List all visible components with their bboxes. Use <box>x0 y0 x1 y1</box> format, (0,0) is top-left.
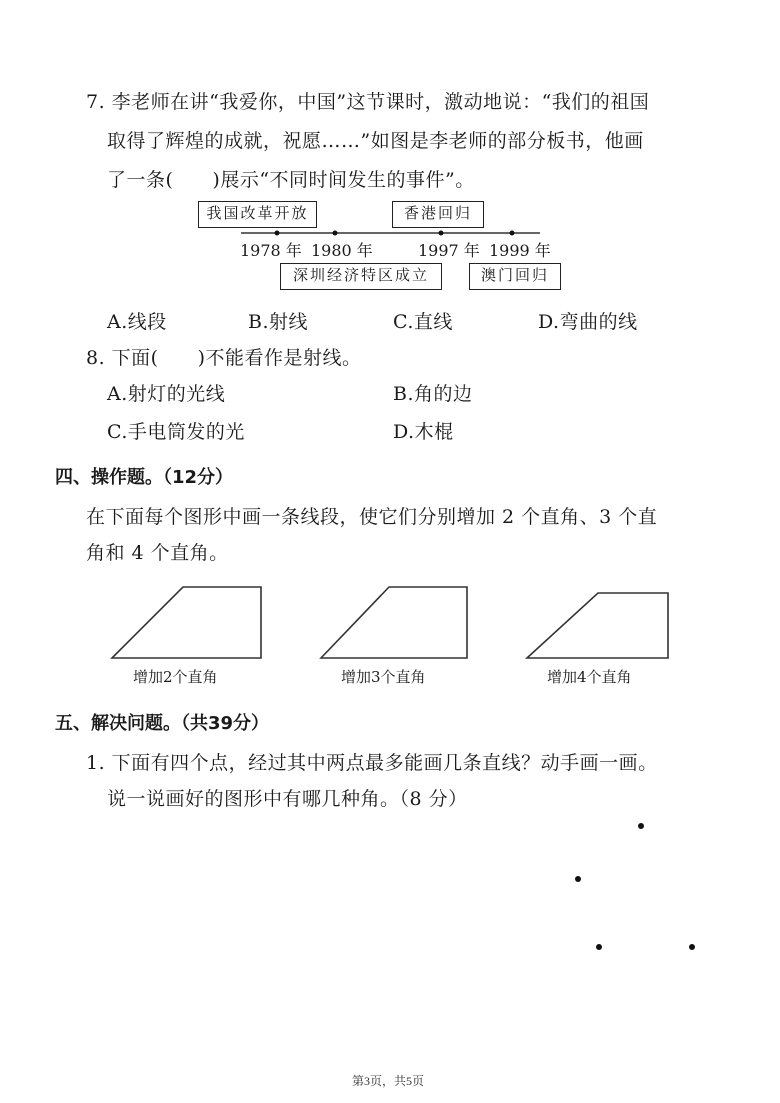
four-points <box>0 0 780 1103</box>
page-footer: 第3页，共5页 <box>352 1072 424 1089</box>
